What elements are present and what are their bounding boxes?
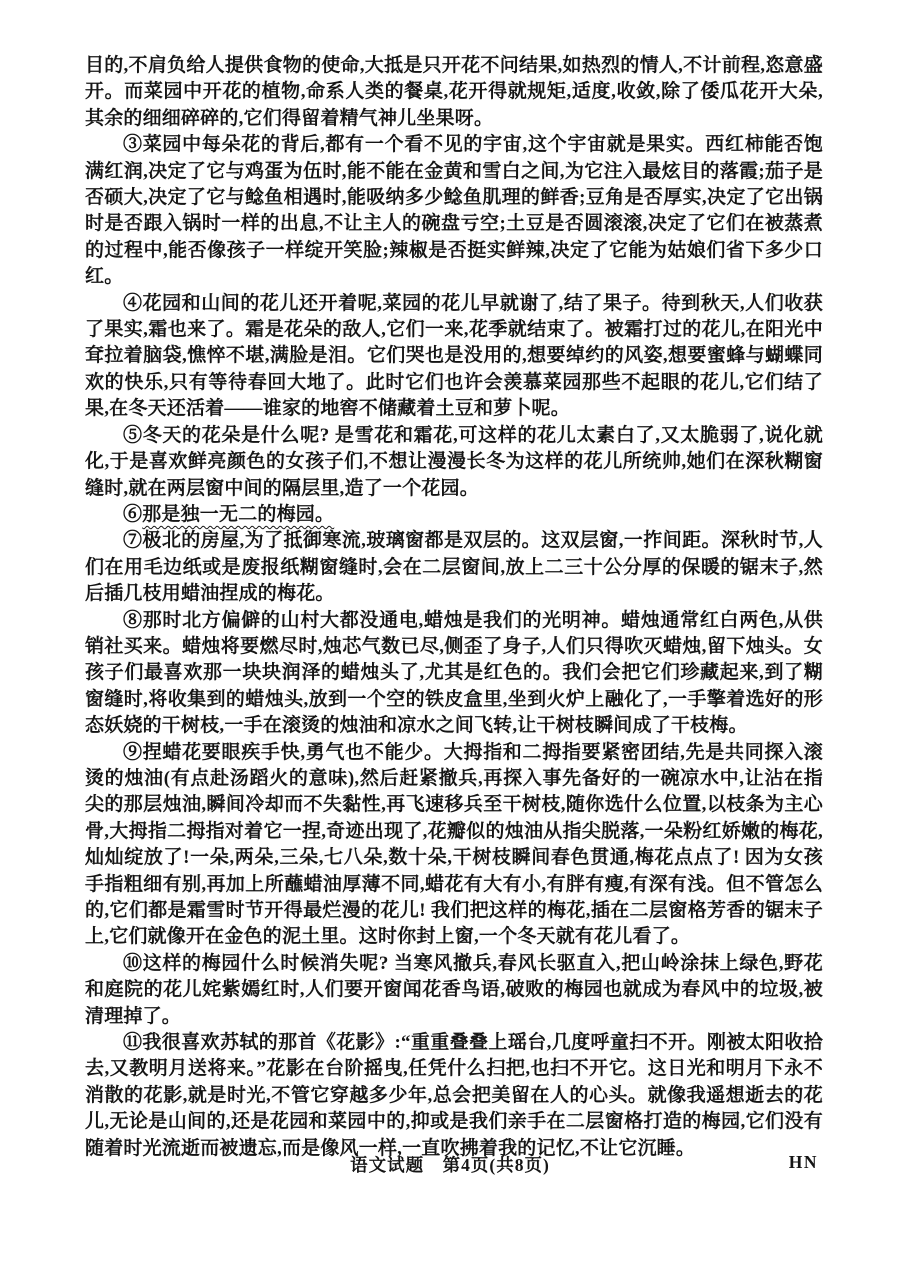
paragraph-marker: ⑤ bbox=[123, 425, 143, 446]
paragraph-text: 极北的房屋,为了抵御寒流,玻璃窗都是双层的。这双层窗,一拃间距。深秋时节,人们在… bbox=[85, 530, 823, 604]
paragraph-3: ③菜园中每朵花的背后,都有一个看不见的宇宙,这个宇宙就是果实。西红柿能否饱满红润… bbox=[85, 132, 823, 290]
paragraph-marker: ⑧ bbox=[123, 610, 143, 631]
reading-passage: 目的,不肩负给人提供食物的使命,大抵是只开花不问结果,如热烈的情人,不计前程,恣… bbox=[85, 53, 823, 1162]
paragraph-6: ⑥那是独一无二的梅园。 bbox=[85, 502, 823, 528]
wavy-underlined-sentence: 那是独一无二的梅园。 bbox=[142, 504, 334, 525]
paragraph-text: 我很喜欢苏轼的那首《花影》:“重重叠叠上瑶台,几度呼童扫不开。刚被太阳收拾去,又… bbox=[85, 1032, 823, 1159]
paragraph-4: ④花园和山间的花儿还开着呢,菜园的花儿早就谢了,结了果子。待到秋天,人们收获了果… bbox=[85, 291, 823, 423]
paragraph-text: 这样的梅园什么时候消失呢? 当寒风撤兵,春风长驱直入,把山岭涂抹上绿色,野花和庭… bbox=[85, 953, 823, 1027]
paragraph-marker: ⑩ bbox=[123, 953, 143, 974]
paragraph-marker: ⑪ bbox=[123, 1032, 142, 1053]
paragraph-text: 那时北方偏僻的山村大都没通电,蜡烛是我们的光明神。蜡烛通常红白两色,从供销社买来… bbox=[85, 610, 823, 737]
paragraph-8: ⑧那时北方偏僻的山村大都没通电,蜡烛是我们的光明神。蜡烛通常红白两色,从供销社买… bbox=[85, 608, 823, 740]
paragraph-continuation: 目的,不肩负给人提供食物的使命,大抵是只开花不问结果,如热烈的情人,不计前程,恣… bbox=[85, 53, 823, 132]
paragraph-text: 花园和山间的花儿还开着呢,菜园的花儿早就谢了,结了果子。待到秋天,人们收获了果实… bbox=[85, 293, 823, 420]
paragraph-10: ⑩这样的梅园什么时候消失呢? 当寒风撤兵,春风长驱直入,把山岭涂抹上绿色,野花和… bbox=[85, 951, 823, 1030]
paragraph-marker: ③ bbox=[123, 134, 143, 155]
page-footer: 语文试题 第4页(共8页) HN bbox=[0, 1152, 900, 1182]
footer-code: HN bbox=[789, 1152, 818, 1173]
paragraph-text: 冬天的花朵是什么呢? 是雪花和霜花,可这样的花儿太素白了,又太脆弱了,说化就化,… bbox=[85, 425, 823, 499]
exam-paper-page: 目的,不肩负给人提供食物的使命,大抵是只开花不问结果,如热烈的情人,不计前程,恣… bbox=[0, 0, 900, 1273]
paragraph-7: ⑦极北的房屋,为了抵御寒流,玻璃窗都是双层的。这双层窗,一拃间距。深秋时节,人们… bbox=[85, 528, 823, 607]
paragraph-marker: ⑦ bbox=[123, 530, 142, 551]
paragraph-text: 目的,不肩负给人提供食物的使命,大抵是只开花不问结果,如热烈的情人,不计前程,恣… bbox=[85, 55, 823, 129]
paragraph-11: ⑪我很喜欢苏轼的那首《花影》:“重重叠叠上瑶台,几度呼童扫不开。刚被太阳收拾去,… bbox=[85, 1030, 823, 1162]
footer-page-number: 语文试题 第4页(共8页) bbox=[0, 1152, 900, 1177]
paragraph-marker: ⑥ bbox=[123, 504, 142, 525]
paragraph-text: 菜园中每朵花的背后,都有一个看不见的宇宙,这个宇宙就是果实。西红柿能否饱满红润,… bbox=[85, 134, 823, 287]
paragraph-marker: ⑨ bbox=[123, 742, 143, 763]
paragraph-text: 捏蜡花要眼疾手快,勇气也不能少。大拇指和二拇指要紧密团结,先是共同探入滚烫的烛油… bbox=[85, 742, 823, 948]
paragraph-5: ⑤冬天的花朵是什么呢? 是雪花和霜花,可这样的花儿太素白了,又太脆弱了,说化就化… bbox=[85, 423, 823, 502]
paragraph-marker: ④ bbox=[123, 293, 143, 314]
paragraph-9: ⑨捏蜡花要眼疾手快,勇气也不能少。大拇指和二拇指要紧密团结,先是共同探入滚烫的烛… bbox=[85, 740, 823, 951]
